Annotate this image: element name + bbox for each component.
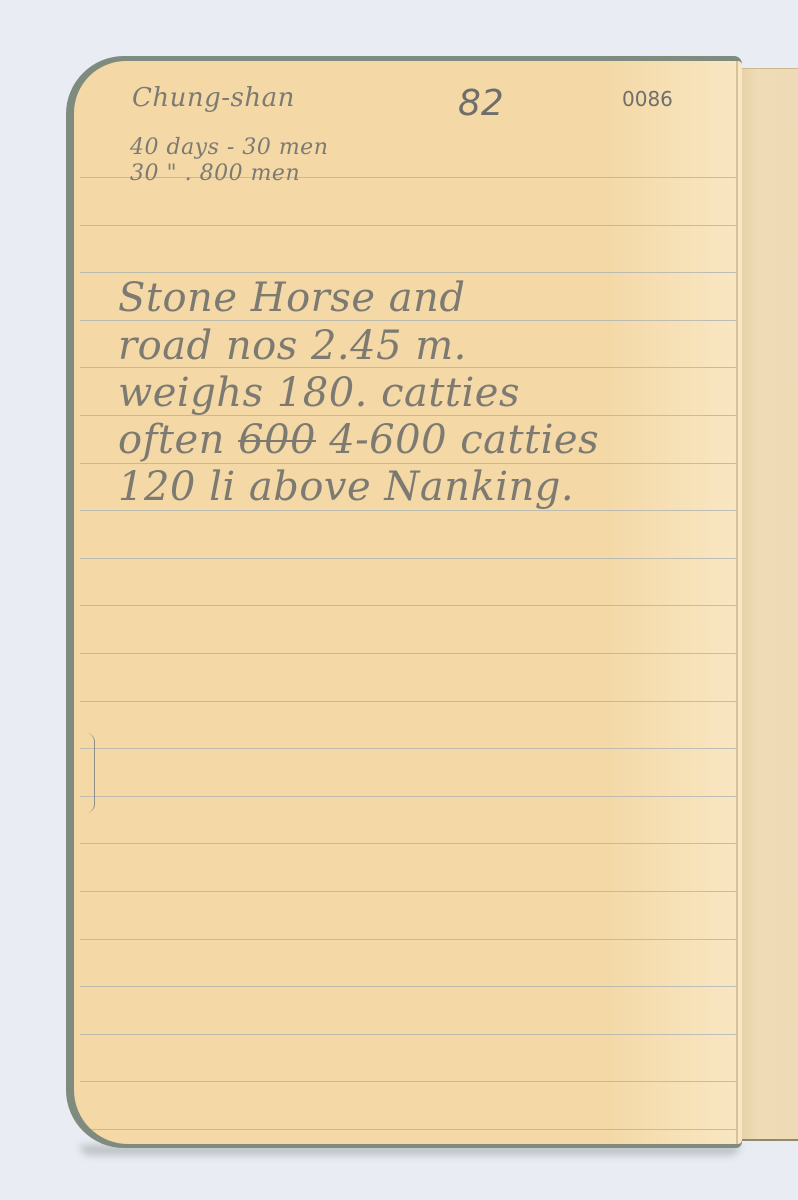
ruled-line (80, 1081, 736, 1082)
notebook-page: Chung-shan 40 days - 30 men 30 " . 800 m… (66, 56, 742, 1148)
header-note-2: 40 days - 30 men (130, 135, 328, 160)
ruled-line (80, 843, 736, 844)
body-note-line-4-prefix: often (118, 417, 225, 463)
ruled-line (80, 1129, 736, 1130)
page-number: 82 (458, 83, 504, 124)
ruled-line (80, 558, 736, 559)
ruled-line (80, 605, 736, 606)
margin-pencil-mark (86, 733, 95, 813)
ruled-line (80, 1034, 736, 1035)
ruled-line (80, 748, 736, 749)
body-note-line-4-suffix: 4-600 catties (329, 417, 599, 463)
header-note-1: Chung-shan (132, 83, 295, 113)
ruled-line (80, 891, 736, 892)
header-note-3: 30 " . 800 men (130, 161, 300, 186)
body-note-line-2: road nos 2.45 m. (118, 323, 467, 369)
ruled-line (80, 653, 736, 654)
ruled-line (80, 225, 736, 226)
ruled-line (80, 272, 736, 273)
ruled-line (80, 510, 736, 511)
body-note-line-5: 120 li above Nanking. (118, 464, 574, 510)
ruled-line (80, 939, 736, 940)
body-note-line-3: weighs 180. catties (118, 370, 520, 416)
body-note-line-4: often 600 4-600 catties (118, 417, 599, 463)
binding-gutter (736, 61, 738, 1144)
ruled-line (80, 796, 736, 797)
facing-page-edge (738, 68, 798, 1141)
ruled-line (80, 986, 736, 987)
body-note-line-1: Stone Horse and (118, 275, 465, 321)
ruled-line (80, 701, 736, 702)
page-paper: Chung-shan 40 days - 30 men 30 " . 800 m… (74, 61, 742, 1144)
archive-number: 0086 (622, 87, 673, 111)
struck-out-text: 600 (238, 417, 316, 463)
